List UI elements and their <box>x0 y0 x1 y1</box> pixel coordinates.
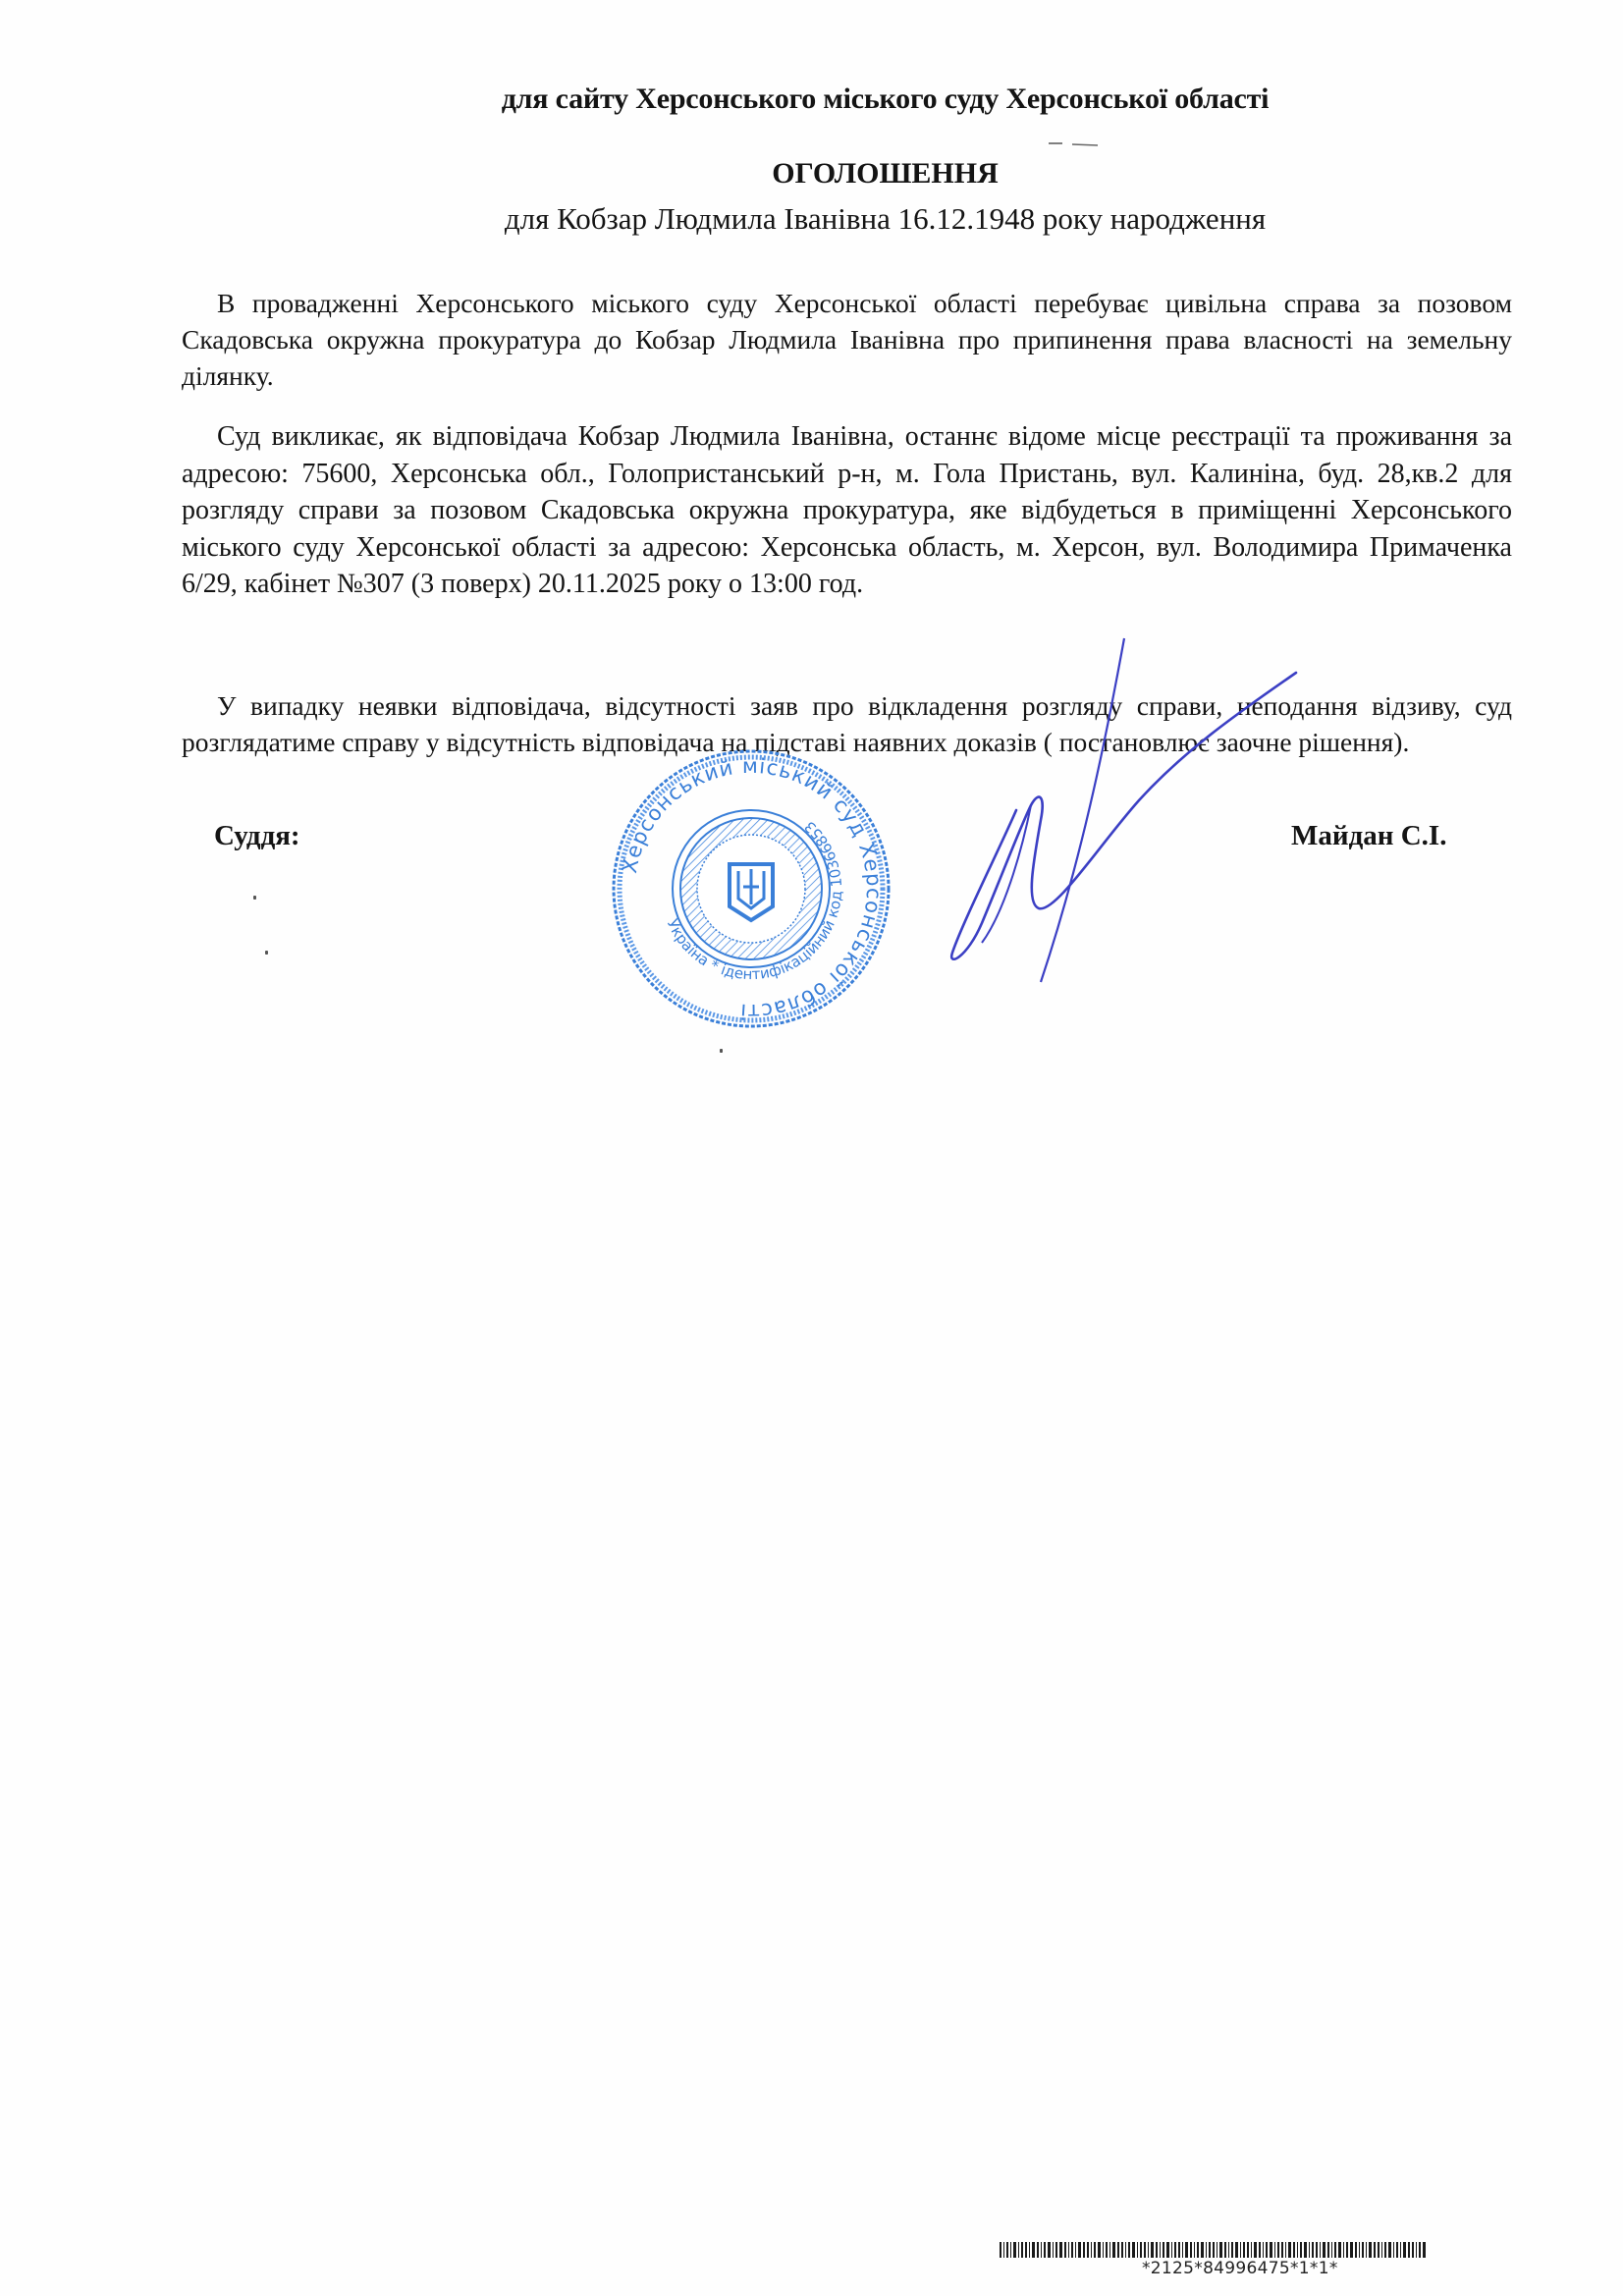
scan-artifact-mark <box>1049 141 1127 147</box>
court-stamp-icon: Херсонський міський суд Херсонської обла… <box>604 741 898 1036</box>
judge-label: Суддя: <box>214 820 300 852</box>
document-page: для сайту Херсонського міського суду Хер… <box>0 0 1623 2296</box>
judge-name: Майдан С.І. <box>1291 820 1446 852</box>
paragraph-case-info: В провадженні Херсонського міського суду… <box>182 285 1512 394</box>
barcode <box>1000 2242 1510 2258</box>
scan-speck <box>265 951 268 955</box>
judge-signature <box>923 629 1335 1002</box>
scan-speck <box>720 1049 723 1053</box>
document-header: для сайту Херсонського міського суду Хер… <box>0 82 1623 116</box>
document-title: ОГОЛОШЕННЯ <box>0 157 1623 191</box>
document-subtitle: для Кобзар Людмила Іванівна 16.12.1948 р… <box>0 201 1623 237</box>
scan-speck <box>253 896 256 900</box>
paragraph-summons: Суд викликає, як відповідача Кобзар Людм… <box>182 418 1512 603</box>
barcode-number: *2125*84996475*1*1* <box>1142 2259 1338 2278</box>
